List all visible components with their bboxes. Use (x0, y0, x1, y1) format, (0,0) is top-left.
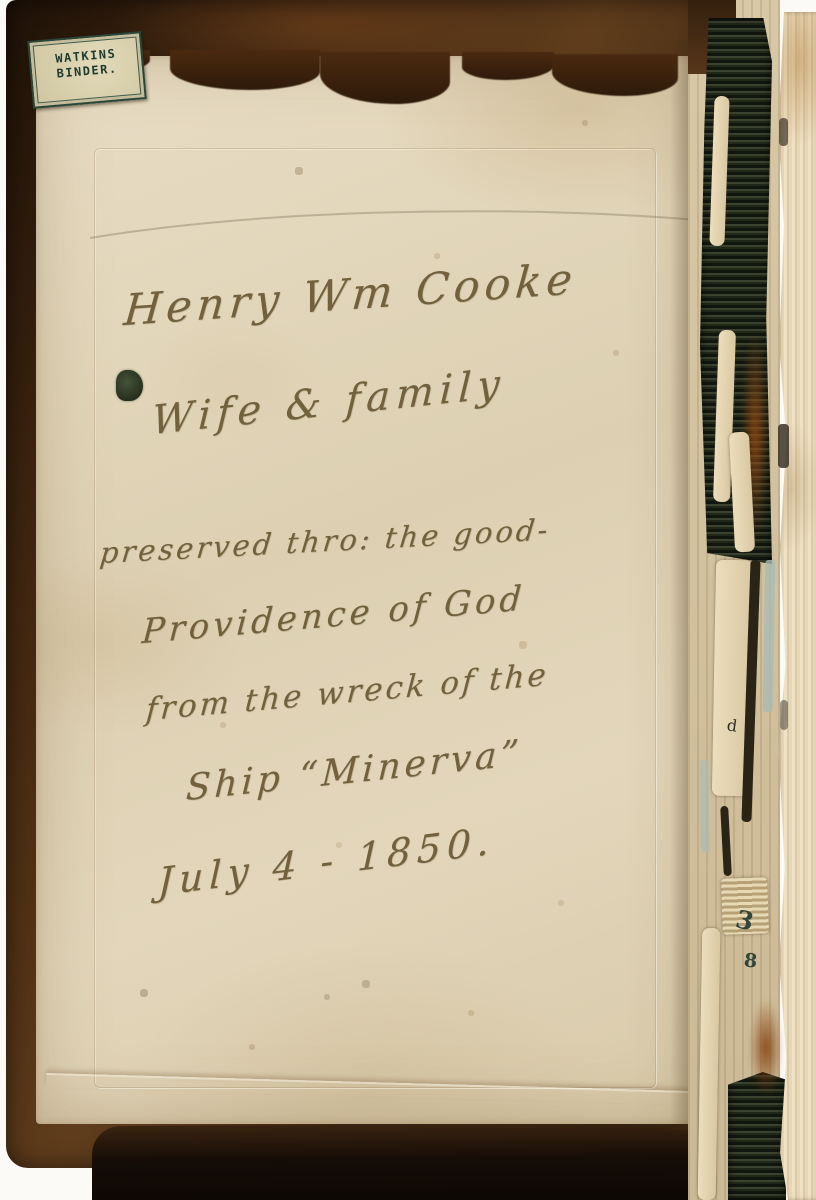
rust-stain (750, 1000, 782, 1096)
pencil-scuff-line (80, 180, 720, 260)
printed-fragment-digit-8: 8 (743, 949, 758, 972)
foxing-spots (0, 0, 2, 2)
binder-ticket: WATKINS BINDER. (27, 31, 146, 109)
ink-blot-stain (116, 370, 143, 401)
book-inside-cover-photo: WATKINS BINDER. Henry Wm Cooke Wife & fa… (0, 0, 816, 1200)
book-bottom-edge-shadow (92, 1122, 782, 1200)
edge-notch (779, 118, 788, 146)
edge-notch (778, 424, 789, 468)
binder-ticket-text: WATKINS BINDER. (30, 44, 142, 83)
text-block-edge (776, 12, 816, 1200)
edge-notch (780, 700, 788, 730)
blue-gray-scrap (699, 760, 710, 852)
